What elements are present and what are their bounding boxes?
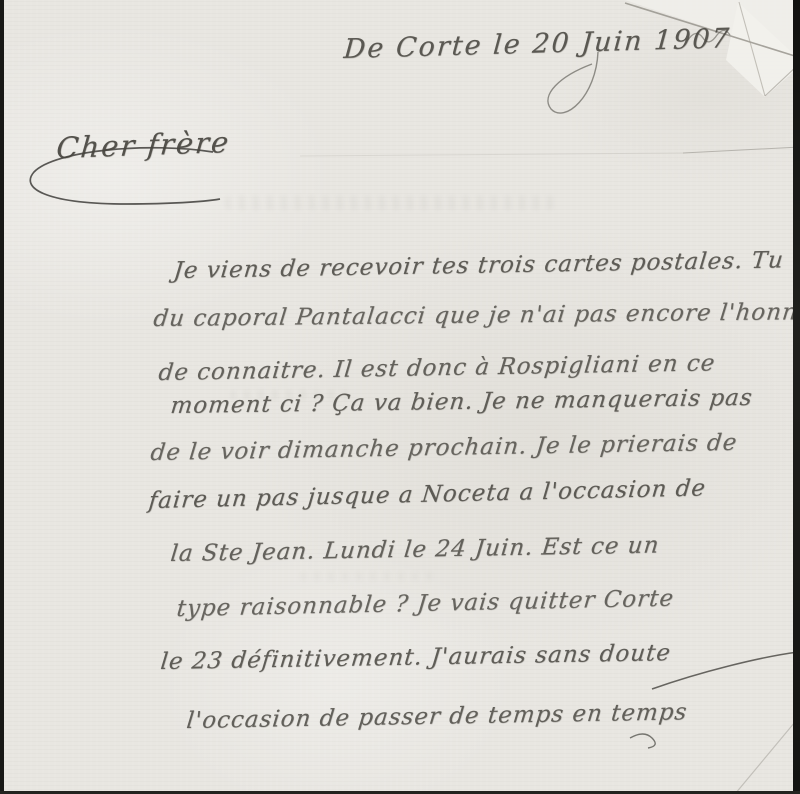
ink-showthrough [225, 196, 555, 210]
scanned-letter-page: De Corte le 20 Juin 1907 Cher frère Je v… [0, 0, 800, 794]
scan-edge-right [793, 0, 800, 794]
horizontal-crease-faint [300, 153, 683, 156]
horizontal-crease [683, 147, 800, 153]
letter-salutation: Cher frère [55, 125, 232, 165]
pen-stroke-flourish [652, 652, 798, 689]
date-descender-loop [548, 52, 598, 113]
scan-edge-left [0, 0, 4, 794]
ink-showthrough [300, 572, 440, 581]
end-flourish [630, 734, 655, 748]
diagonal-crease [735, 716, 800, 794]
